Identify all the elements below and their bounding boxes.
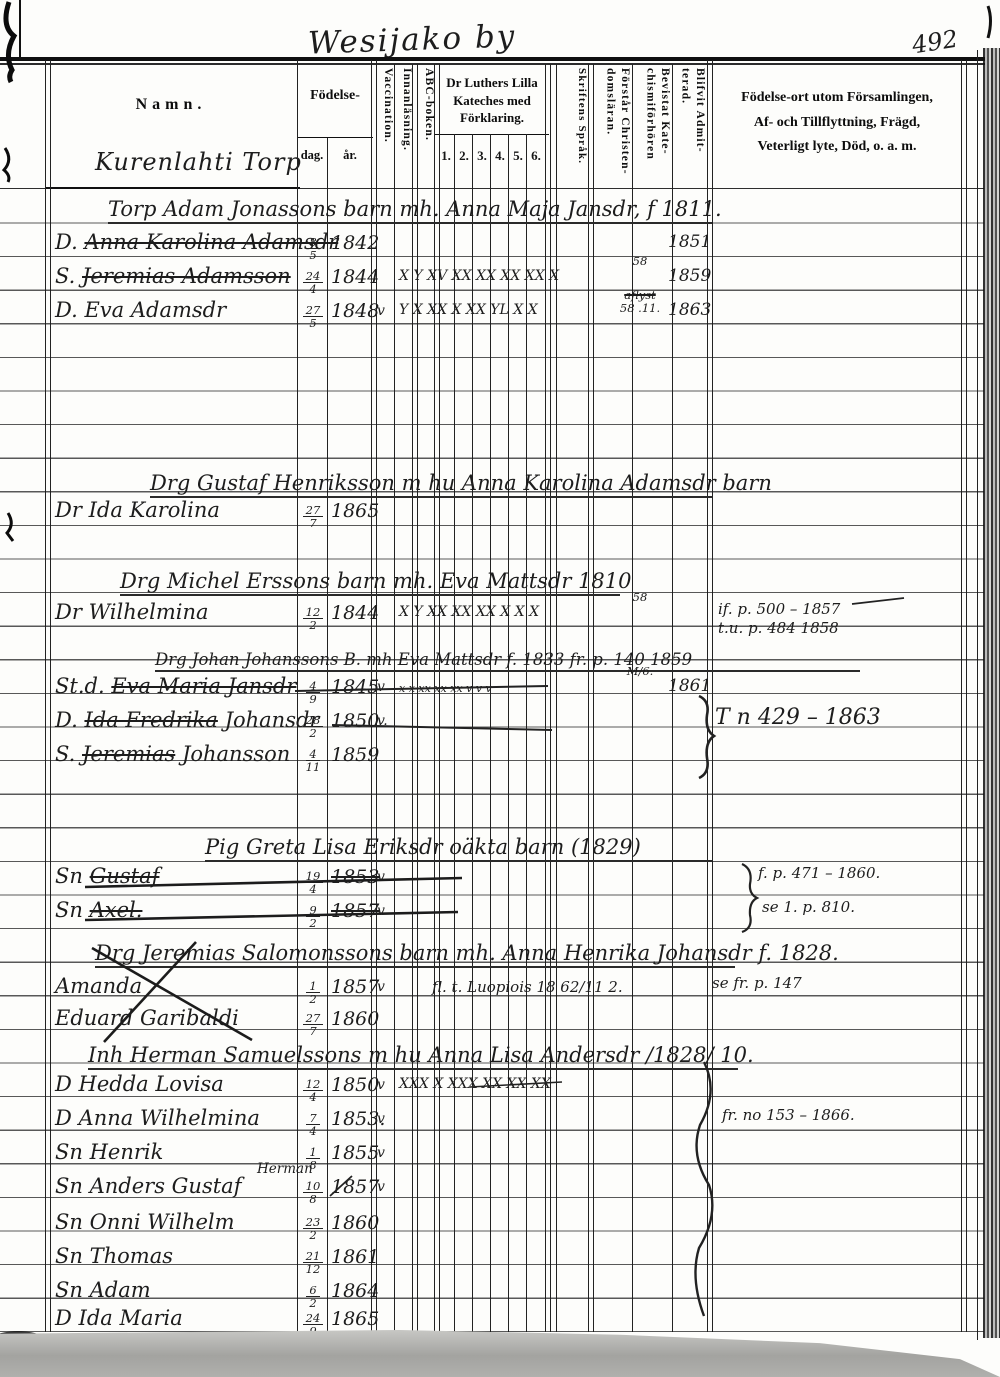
catechism-marks: X Y XV XX XX XX XX X bbox=[399, 268, 559, 284]
record-row: Eduard Garibaldi 277 1860 bbox=[0, 1004, 1000, 1038]
vaccination-mark: v bbox=[377, 869, 385, 885]
admitted-year: 1863 bbox=[668, 300, 711, 320]
person-name: D. Eva Adamsdr bbox=[55, 298, 226, 322]
vaccination-mark: v bbox=[377, 1111, 385, 1127]
col-header-understands: Förstår Christen- domsläran. bbox=[590, 68, 632, 190]
scan-right-edge bbox=[983, 48, 1000, 1338]
person-name: Sn Adam bbox=[55, 1278, 151, 1302]
record-row: D. Anna Karolina Adamsdr 85 1842 1851 bbox=[0, 228, 1000, 262]
birth-year: 1857 bbox=[331, 900, 379, 922]
birth-year: 1844 bbox=[331, 266, 379, 288]
catechism-col-6: 6. bbox=[527, 148, 545, 164]
birth-day-fraction: 74 bbox=[298, 1107, 328, 1137]
birth-year: 1842 bbox=[331, 232, 379, 254]
remarks-note: f. p. 471 – 1860. bbox=[758, 864, 880, 883]
mid-note: fl. t. Luopiois 18 62/11 2. bbox=[432, 978, 623, 996]
person-name: Sn Thomas bbox=[55, 1244, 173, 1268]
birth-day-fraction: 282 bbox=[298, 709, 328, 739]
col-header-catechism: Dr Luthers Lilla Kateches med Förklaring… bbox=[437, 74, 547, 127]
catechism-marks: X Y XX XX XX X X X bbox=[399, 604, 539, 620]
top-rule-2 bbox=[0, 63, 985, 65]
person-name: Sn Anders GustafHerman bbox=[55, 1174, 241, 1198]
admitted-year: 1851 bbox=[668, 232, 711, 252]
remarks-note: se 1. p. 810. bbox=[762, 898, 855, 917]
vaccination-mark: v bbox=[377, 979, 385, 995]
record-row: Sn Thomas 2112 1861 bbox=[0, 1242, 1000, 1276]
record-row: Sn Gustaf 194 1853 v f. p. 471 – 1860. bbox=[0, 862, 1000, 896]
birth-year: 1850 bbox=[331, 710, 379, 732]
birth-year: 1865 bbox=[331, 1308, 379, 1330]
remarks-note: fr. no 153 – 1866. bbox=[722, 1106, 855, 1125]
record-row: Amanda 12 1857 v fl. t. Luopiois 18 62/1… bbox=[0, 972, 1000, 1006]
record-row: S. Jeremias Adamsson 244 1844 X Y XV XX … bbox=[0, 262, 1000, 296]
col-header-name: Namn. bbox=[45, 96, 297, 114]
record-row: Dr Wilhelmina 122 1844 X Y XX XX XX X X … bbox=[0, 598, 1000, 632]
birth-year: 1845 bbox=[331, 676, 379, 698]
birth-year: 1860 bbox=[331, 1212, 379, 1234]
person-name: S. Jeremias Adamsson bbox=[55, 264, 291, 288]
col-header-admitted: Blifvit Admit- terad. bbox=[673, 68, 707, 190]
catechism-col-2: 2. bbox=[455, 148, 473, 164]
person-name: D Anna Wilhelmina bbox=[55, 1106, 260, 1130]
page-number: 492 bbox=[910, 25, 960, 60]
record-row: D Anna Wilhelmina 74 1853. v fr. no 153 … bbox=[0, 1104, 1000, 1138]
birth-year: 1865 bbox=[331, 500, 379, 522]
birth-year: 1844 bbox=[331, 602, 379, 624]
birth-day-fraction: 275 bbox=[298, 299, 328, 329]
top-rule bbox=[0, 57, 985, 61]
remarks-note: se fr. p. 147 bbox=[712, 974, 802, 993]
farm-name-subheader: Kurenlahti Torp bbox=[95, 148, 302, 176]
birth-year: 1864 bbox=[331, 1280, 379, 1302]
scanned-church-record-page: Wesijako by 492 Namn. Födelse- dag. år. … bbox=[0, 0, 1000, 1377]
remarks-note: T n 429 – 1863 bbox=[715, 704, 881, 732]
birth-day-fraction: 2112 bbox=[298, 1245, 328, 1275]
family-header-text: Pig Greta Lisa Eriksdr oäkta barn (1829) bbox=[205, 835, 641, 859]
person-name: D Ida Maria bbox=[55, 1306, 183, 1330]
birth-divider bbox=[297, 137, 373, 138]
catechism-marks: x x xx xx xx v v v bbox=[399, 682, 492, 695]
record-row: D. Ida Fredrika Johansdr 282 1850 v. T n… bbox=[0, 706, 1000, 740]
attended-note: 58 bbox=[610, 591, 670, 604]
birth-day-fraction: 244 bbox=[298, 265, 328, 295]
catechism-col-4: 4. bbox=[491, 148, 509, 164]
person-name: D. Anna Karolina Adamsdr bbox=[55, 230, 338, 254]
catechism-col-5: 5. bbox=[509, 148, 527, 164]
record-row: Sn Anders GustafHerman 108 1857 v bbox=[0, 1172, 1000, 1206]
vaccination-mark: v bbox=[377, 1179, 385, 1195]
col-header-year: år. bbox=[327, 148, 373, 163]
village-title: Wesijako by bbox=[307, 18, 516, 61]
col-header-reading: Innanläsning. bbox=[394, 68, 414, 190]
family-header-row: Inh Herman Samuelssons m hu Anna Lisa An… bbox=[88, 1038, 738, 1070]
record-row: D. Eva Adamsdr 275 1848 v Y X XX X XX YL… bbox=[0, 296, 1000, 330]
birth-year: 1860 bbox=[331, 1008, 379, 1030]
col-header-attended: Bevistat Kate- chismiförhören bbox=[633, 68, 672, 190]
person-name: Amanda bbox=[55, 974, 142, 998]
person-name: St.d. Eva Maria Jansdr bbox=[55, 674, 296, 698]
record-row: Sn Onni Wilhelm 232 1860 bbox=[0, 1208, 1000, 1242]
family-header-row: Pig Greta Lisa Eriksdr oäkta barn (1829) bbox=[205, 830, 712, 862]
catechism-marks: XXX X XXX XX XX XX bbox=[399, 1076, 551, 1092]
birth-year: 1857 bbox=[331, 976, 379, 998]
family-header-row: Drg Johan Johanssons B. mh Eva Mattsdr f… bbox=[155, 640, 860, 672]
birth-year: 1859 bbox=[331, 744, 379, 766]
person-name: D Hedda Lovisa bbox=[55, 1072, 224, 1096]
person-name: S. Jeremias Johansson bbox=[55, 742, 290, 766]
birth-day-fraction: 194 bbox=[298, 865, 328, 895]
remarks-note: if. p. 500 – 1857 t.u. p. 484 1858 bbox=[718, 600, 840, 638]
family-header-row: Drg Michel Erssons barn mh. Eva Mattsdr … bbox=[120, 564, 620, 596]
family-header-row: Drg Jeremias Salomonssons barn mh. Anna … bbox=[95, 936, 735, 968]
person-name: D. Ida Fredrika Johansdr bbox=[55, 708, 319, 732]
birth-day-fraction: 85 bbox=[298, 231, 328, 261]
family-header-text: Drg Michel Erssons barn mh. Eva Mattsdr … bbox=[120, 569, 632, 593]
vaccination-mark: v. bbox=[377, 713, 388, 729]
family-header-text: Drg Gustaf Henriksson m hu Anna Karolina… bbox=[150, 471, 772, 495]
catechism-marks: Y X XX X XX YL X X bbox=[399, 302, 538, 318]
family-header-text: Inh Herman Samuelssons m hu Anna Lisa An… bbox=[88, 1043, 754, 1067]
family-header-row: Drg Gustaf Henriksson m hu Anna Karolina… bbox=[150, 466, 712, 498]
birth-year: 1850 bbox=[331, 1074, 379, 1096]
birth-day-fraction: 92 bbox=[298, 899, 328, 929]
vaccination-mark: v bbox=[377, 303, 385, 319]
left-margin-line bbox=[19, 0, 21, 58]
birth-day-fraction: 232 bbox=[298, 1211, 328, 1241]
birth-day-fraction: 277 bbox=[298, 1007, 328, 1037]
person-name: Dr Wilhelmina bbox=[55, 600, 209, 624]
vaccination-mark: v bbox=[377, 1145, 385, 1161]
birth-day-fraction: 277 bbox=[298, 499, 328, 529]
attended-note: M/6. bbox=[610, 665, 670, 678]
record-row: Sn Axel. 92 1857 v se 1. p. 810. bbox=[0, 896, 1000, 930]
family-header-text: Drg Jeremias Salomonssons barn mh. Anna … bbox=[95, 941, 839, 965]
col-header-birth: Födelse- bbox=[297, 88, 373, 104]
birth-day-fraction: 124 bbox=[298, 1073, 328, 1103]
record-row: Sn Henrik 18 1855 v bbox=[0, 1138, 1000, 1172]
col-header-scripture: Skriftens Språk. bbox=[556, 68, 588, 190]
birth-day-fraction: 122 bbox=[298, 601, 328, 631]
birth-day-fraction: 411 bbox=[298, 743, 328, 773]
birth-year: 1855 bbox=[331, 1142, 379, 1164]
person-name: Sn Onni Wilhelm bbox=[55, 1210, 235, 1234]
record-row: St.d. Eva Maria Jansdr 49 1845 v x x xx … bbox=[0, 672, 1000, 706]
record-row: S. Jeremias Johansson 411 1859 bbox=[0, 740, 1000, 774]
birth-day-fraction: 12 bbox=[298, 975, 328, 1005]
record-row: Dr Ida Karolina 277 1865 bbox=[0, 496, 1000, 530]
attended-note: 58 bbox=[610, 255, 670, 268]
vaccination-mark: v bbox=[377, 1077, 385, 1093]
vaccination-mark: v bbox=[377, 903, 385, 919]
birth-year: 1857 bbox=[331, 1176, 379, 1198]
person-name: Eduard Garibaldi bbox=[55, 1006, 239, 1030]
attended-note: aflyst58 .11. bbox=[610, 289, 670, 315]
catechism-col-3: 3. bbox=[473, 148, 491, 164]
person-name: Sn Gustaf bbox=[55, 864, 159, 888]
birth-year: 1848 bbox=[331, 300, 379, 322]
admitted-year: 1859 bbox=[668, 266, 711, 286]
birth-day-fraction: 108 bbox=[298, 1175, 328, 1205]
birth-year: 1861 bbox=[331, 1246, 379, 1268]
birth-day-fraction: 49 bbox=[298, 675, 328, 705]
person-name: Sn Henrik bbox=[55, 1140, 163, 1164]
family-header-row: Torp Adam Jonassons barn mh. Anna Maja J… bbox=[108, 192, 712, 224]
vaccination-mark: v bbox=[377, 679, 385, 695]
family-header-text: Torp Adam Jonassons barn mh. Anna Maja J… bbox=[108, 197, 722, 221]
name-underline bbox=[45, 187, 300, 190]
record-row: D Hedda Lovisa 124 1850 v XXX X XXX XX X… bbox=[0, 1070, 1000, 1104]
birth-year: 1853 bbox=[331, 866, 379, 888]
admitted-year: 1861 bbox=[668, 676, 711, 696]
person-name: Sn Axel. bbox=[55, 898, 142, 922]
catechism-divider bbox=[435, 134, 549, 135]
person-name: Dr Ida Karolina bbox=[55, 498, 220, 522]
col-header-remarks: Födelse-ort utom Församlingen, Af- och T… bbox=[714, 86, 960, 160]
